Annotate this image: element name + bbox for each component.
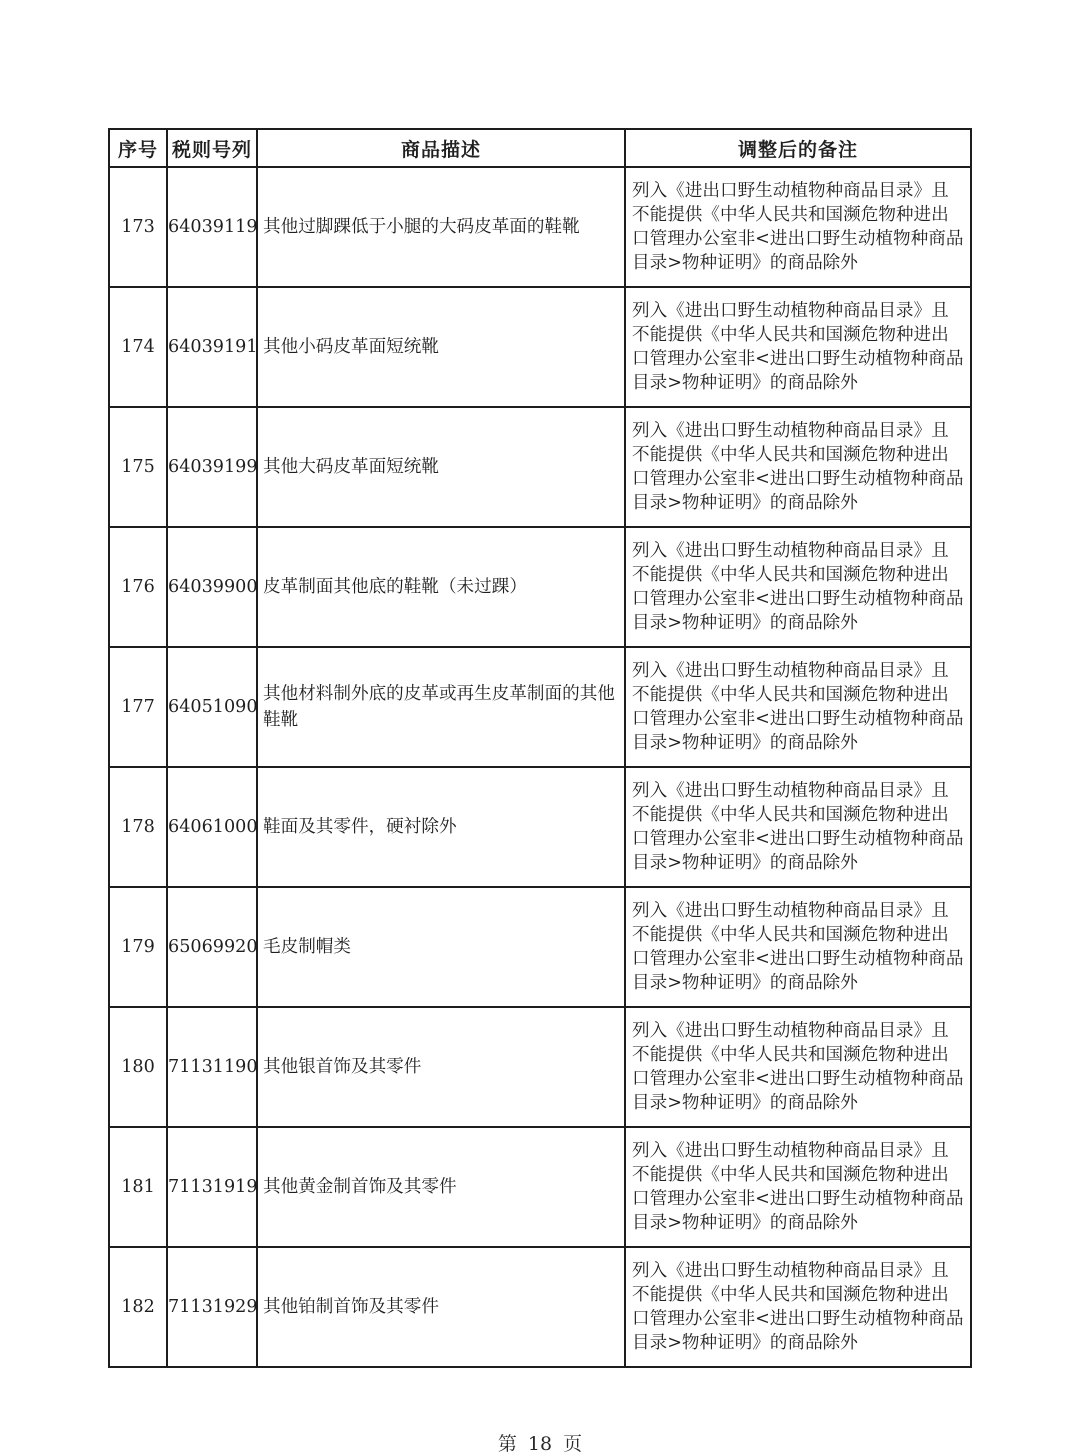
- tariff-table: 序号 税则号列 商品描述 调整后的备注 173 64039119 其他过脚踝低于…: [108, 128, 972, 1368]
- table-body: 173 64039119 其他过脚踝低于小腿的大码皮革面的鞋靴 列入《进出口野生…: [109, 167, 971, 1367]
- col-header-remark: 调整后的备注: [625, 129, 971, 167]
- cell-description: 皮革制面其他底的鞋靴（未过踝）: [257, 527, 625, 647]
- cell-tariff-code: 71131929: [167, 1247, 257, 1367]
- cell-index: 180: [109, 1007, 167, 1127]
- cell-tariff-code: 71131919: [167, 1127, 257, 1247]
- cell-index: 175: [109, 407, 167, 527]
- table-row: 176 64039900 皮革制面其他底的鞋靴（未过踝） 列入《进出口野生动植物…: [109, 527, 971, 647]
- page-number: 第 18 页: [0, 1429, 1080, 1453]
- table-row: 174 64039191 其他小码皮革面短统靴 列入《进出口野生动植物种商品目录…: [109, 287, 971, 407]
- cell-tariff-code: 64039119: [167, 167, 257, 287]
- table-row: 181 71131919 其他黄金制首饰及其零件 列入《进出口野生动植物种商品目…: [109, 1127, 971, 1247]
- table-row: 182 71131929 其他铂制首饰及其零件 列入《进出口野生动植物种商品目录…: [109, 1247, 971, 1367]
- cell-description: 毛皮制帽类: [257, 887, 625, 1007]
- cell-index: 179: [109, 887, 167, 1007]
- cell-remark: 列入《进出口野生动植物种商品目录》且不能提供《中华人民共和国濒危物种进出口管理办…: [625, 767, 971, 887]
- cell-tariff-code: 65069920: [167, 887, 257, 1007]
- cell-index: 174: [109, 287, 167, 407]
- cell-remark: 列入《进出口野生动植物种商品目录》且不能提供《中华人民共和国濒危物种进出口管理办…: [625, 1247, 971, 1367]
- col-header-index: 序号: [109, 129, 167, 167]
- cell-description: 其他小码皮革面短统靴: [257, 287, 625, 407]
- document-page: 序号 税则号列 商品描述 调整后的备注 173 64039119 其他过脚踝低于…: [0, 0, 1080, 1453]
- cell-remark: 列入《进出口野生动植物种商品目录》且不能提供《中华人民共和国濒危物种进出口管理办…: [625, 647, 971, 767]
- cell-remark: 列入《进出口野生动植物种商品目录》且不能提供《中华人民共和国濒危物种进出口管理办…: [625, 1127, 971, 1247]
- cell-remark: 列入《进出口野生动植物种商品目录》且不能提供《中华人民共和国濒危物种进出口管理办…: [625, 407, 971, 527]
- cell-index: 173: [109, 167, 167, 287]
- col-header-tariff-code: 税则号列: [167, 129, 257, 167]
- cell-tariff-code: 64039199: [167, 407, 257, 527]
- cell-description: 其他铂制首饰及其零件: [257, 1247, 625, 1367]
- cell-remark: 列入《进出口野生动植物种商品目录》且不能提供《中华人民共和国濒危物种进出口管理办…: [625, 527, 971, 647]
- cell-description: 其他大码皮革面短统靴: [257, 407, 625, 527]
- cell-tariff-code: 64061000: [167, 767, 257, 887]
- cell-remark: 列入《进出口野生动植物种商品目录》且不能提供《中华人民共和国濒危物种进出口管理办…: [625, 167, 971, 287]
- cell-remark: 列入《进出口野生动植物种商品目录》且不能提供《中华人民共和国濒危物种进出口管理办…: [625, 887, 971, 1007]
- cell-index: 176: [109, 527, 167, 647]
- cell-tariff-code: 64039191: [167, 287, 257, 407]
- cell-description: 其他材料制外底的皮革或再生皮革制面的其他鞋靴: [257, 647, 625, 767]
- cell-index: 178: [109, 767, 167, 887]
- cell-tariff-code: 64039900: [167, 527, 257, 647]
- cell-description: 其他黄金制首饰及其零件: [257, 1127, 625, 1247]
- table-row: 177 64051090 其他材料制外底的皮革或再生皮革制面的其他鞋靴 列入《进…: [109, 647, 971, 767]
- header-row: 序号 税则号列 商品描述 调整后的备注: [109, 129, 971, 167]
- cell-tariff-code: 64051090: [167, 647, 257, 767]
- cell-index: 182: [109, 1247, 167, 1367]
- table-row: 180 71131190 其他银首饰及其零件 列入《进出口野生动植物种商品目录》…: [109, 1007, 971, 1127]
- col-header-description: 商品描述: [257, 129, 625, 167]
- cell-index: 181: [109, 1127, 167, 1247]
- cell-description: 其他过脚踝低于小腿的大码皮革面的鞋靴: [257, 167, 625, 287]
- cell-remark: 列入《进出口野生动植物种商品目录》且不能提供《中华人民共和国濒危物种进出口管理办…: [625, 287, 971, 407]
- cell-tariff-code: 71131190: [167, 1007, 257, 1127]
- table-row: 175 64039199 其他大码皮革面短统靴 列入《进出口野生动植物种商品目录…: [109, 407, 971, 527]
- table-row: 173 64039119 其他过脚踝低于小腿的大码皮革面的鞋靴 列入《进出口野生…: [109, 167, 971, 287]
- table-row: 178 64061000 鞋面及其零件，硬衬除外 列入《进出口野生动植物种商品目…: [109, 767, 971, 887]
- cell-description: 鞋面及其零件，硬衬除外: [257, 767, 625, 887]
- cell-remark: 列入《进出口野生动植物种商品目录》且不能提供《中华人民共和国濒危物种进出口管理办…: [625, 1007, 971, 1127]
- table-row: 179 65069920 毛皮制帽类 列入《进出口野生动植物种商品目录》且不能提…: [109, 887, 971, 1007]
- cell-index: 177: [109, 647, 167, 767]
- cell-description: 其他银首饰及其零件: [257, 1007, 625, 1127]
